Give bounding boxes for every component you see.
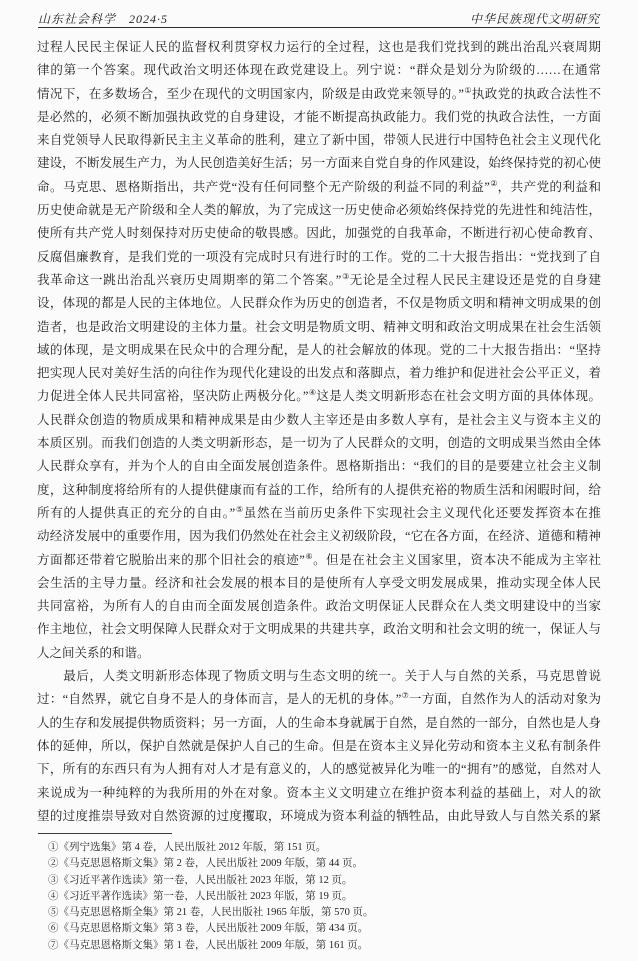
- body-text-line: 度，这种制度将给所有的人提供健康而有益的工作，给所有的人提供充裕的物质生活和闲暇…: [37, 479, 601, 502]
- journal-page: 山东社会科学 2024·5 中华民族现代文明研究 过程人民民主保证人民的监督权利…: [0, 0, 638, 961]
- footnote-item: ②《马克思恩格斯文集》第 2 卷，人民出版社 2009 年版，第 44 页。: [48, 856, 608, 872]
- footnote-item: ③《习近平著作选读》第一卷，人民出版社 2023 年版，第 12 页。: [48, 873, 608, 889]
- paragraph-ecological-civilization: 最后，人类文明新形态体现了物质文明与生态文明的统一。关于人与自然的关系，马克思曾…: [37, 665, 601, 828]
- body-text-line: 把实现人民对美好生活的向往作为现代化建设的出发点和落脚点，着力维护和促进社会公平…: [37, 362, 601, 385]
- body-text-line: 造者，也是政治文明建设的主体力量。社会文明是物质文明、精神文明和政治文明成果在社…: [37, 316, 601, 339]
- article-body: 过程人民民主保证人民的监督权利贯穿权力运行的全过程，这也是我们党找到的跳出治乱兴…: [37, 36, 601, 828]
- body-text-line: 过：“自然界，就它自身不是人的身体而言，是人的无机的身体。”⑦一方面，自然作为人…: [37, 688, 601, 711]
- body-text-line: 来说成为一种纯粹的为我所用的外在对象。资本主义文明建立在维护资本利益的基础上，对…: [37, 782, 601, 805]
- body-text-line: 域的体现，是文明成果在民众中的合理分配，是人的社会解放的体现。党的二十大报告指出…: [37, 339, 601, 362]
- body-text-line: 使所有共产党人时刻保持对历史使命的敬畏感。因此，加强党的自我革命，不断进行初心使…: [37, 222, 601, 245]
- footnote-item: ⑤《马克思恩格斯全集》第 21 卷，人民出版社 1965 年版，第 570 页。: [48, 905, 608, 921]
- footnote-separator: [38, 833, 172, 834]
- body-text-line: 人民群众享有，并为个人的自由全面发展创造条件。恩格斯指出：“我们的目的是要建立社…: [37, 455, 601, 478]
- header-rule: [38, 27, 600, 28]
- body-text-line: 所有的人提供真正的充分的自由。”⑤虽然在当前历史条件下实现社会主义现代化还要发挥…: [37, 502, 601, 525]
- body-text-line: 体的延伸，所以，保护自然就是保护人自己的生命。但是在资本主义异化劳动和资本主义私…: [37, 735, 601, 758]
- footnotes: ①《列宁选集》第 4 卷，人民出版社 2012 年版，第 151 页。②《马克思…: [48, 840, 608, 954]
- body-text-line: 反腐倡廉教育，是我们党的一项没有完成时只有进行时的工作。党的二十大报告指出：“党…: [37, 246, 601, 269]
- body-text-line: 力促进全体人民共同富裕，坚决防止两极分化。”④这是人类文明新形态在社会文明方面的…: [37, 385, 601, 408]
- body-text-line: 本质区别。而我们创造的人类文明新形态，是一切为了人民群众的文明，创造的文明成果当…: [37, 432, 601, 455]
- body-text-line: 方面都还带着它脱胎出来的那个旧社会的痕迹”⑥。但是在社会主义国家里，资本决不能成…: [37, 549, 601, 572]
- body-text-line: 过程人民民主保证人民的监督权利贯穿权力运行的全过程，这也是我们党找到的跳出治乱兴…: [37, 36, 601, 59]
- body-text-line: 望的过度推崇导致对自然资源的过度攫取，环境成为资本利益的牺牲品，由此导致人与自然…: [37, 805, 601, 828]
- body-text-line: 人之间关系的和谐。: [37, 642, 601, 665]
- body-text-line: 设，体现的都是人民的主体地位。人民群众作为历史的创造者，不仅是物质文明和精神文明…: [37, 292, 601, 315]
- body-text-line: 人民群众创造的物质成果和精神成果是由少数人主宰还是由多数人享有，是社会主义与资本…: [37, 409, 601, 432]
- body-text-line: 动经济发展中的重要作用，因为我们仍然处在社会主义初级阶段，“它在各方面，在经济、…: [37, 525, 601, 548]
- body-text-line: 建设，不断发展生产力，为人民创造美好生活；另一方面来自党自身的作风建设，始终保持…: [37, 152, 601, 175]
- footnote-item: ①《列宁选集》第 4 卷，人民出版社 2012 年版，第 151 页。: [48, 840, 608, 856]
- body-text-line: 律的第一个答案。现代政治文明还体现在政党建设上。列宁说：“群众是划分为阶级的………: [37, 59, 601, 82]
- paragraph-political-civilization: 过程人民民主保证人民的监督权利贯穿权力运行的全过程，这也是我们党找到的跳出治乱兴…: [37, 36, 601, 665]
- body-text-line: 我革命这一跳出治乱兴衰历史周期率的第二个答案。”③无论是全过程人民民主建设还是党…: [37, 269, 601, 292]
- body-text-line: 共同富裕，为所有人的自由而全面发展创造条件。政治文明保证人民群众在人类文明建设中…: [37, 595, 601, 618]
- body-text-line: 下，所有的东西只有为人拥有对人才是有意义的，人的感觉被异化为唯一的“拥有”的感觉…: [37, 758, 601, 781]
- journal-title-issue: 山东社会科学 2024·5: [38, 10, 168, 27]
- body-text-line: 是必然的，必须不断加强执政党的自身建设，才能不断提高执政能力。我们党的执政合法性…: [37, 106, 601, 129]
- body-text-line: 历史使命就是无产阶级和全人类的解放，为了完成这一历史使命必须始终保持党的先进性和…: [37, 199, 601, 222]
- column-title: 中华民族现代文明研究: [470, 10, 600, 27]
- body-text-line: 情况下，在多数场合，至少在现代的文明国家内，阶级是由政党来领导的。”①执政党的执…: [37, 83, 601, 106]
- body-text-line: 人的生存和发展提供物质资料；另一方面，人的生命本身就属于自然，是自然的一部分，自…: [37, 712, 601, 735]
- body-text-line: 会生活的主导力量。经济和社会发展的根本目的是使所有人享受文明发展成果，推动实现全…: [37, 572, 601, 595]
- body-text-line: 最后，人类文明新形态体现了物质文明与生态文明的统一。关于人与自然的关系，马克思曾…: [37, 665, 601, 688]
- footnote-item: ④《习近平著作选读》第一卷，人民出版社 2023 年版，第 19 页。: [48, 889, 608, 905]
- body-text-line: 来自党领导人民取得新民主主义革命的胜利，建立了新中国，带领人民进行中国特色社会主…: [37, 129, 601, 152]
- footnote-item: ⑦《马克思恩格斯文集》第 1 卷，人民出版社 2009 年版，第 161 页。: [48, 938, 608, 954]
- body-text-line: 作主地位，社会文明保障人民群众对于文明成果的共建共享，政治文明和社会文明的统一，…: [37, 618, 601, 641]
- footnote-item: ⑥《马克思恩格斯文集》第 3 卷，人民出版社 2009 年版，第 434 页。: [48, 921, 608, 937]
- body-text-line: 命。马克思、恩格斯指出，共产党“没有任何同整个无产阶级的利益不同的利益”②，共产…: [37, 176, 601, 199]
- page-header: 山东社会科学 2024·5 中华民族现代文明研究: [38, 10, 600, 27]
